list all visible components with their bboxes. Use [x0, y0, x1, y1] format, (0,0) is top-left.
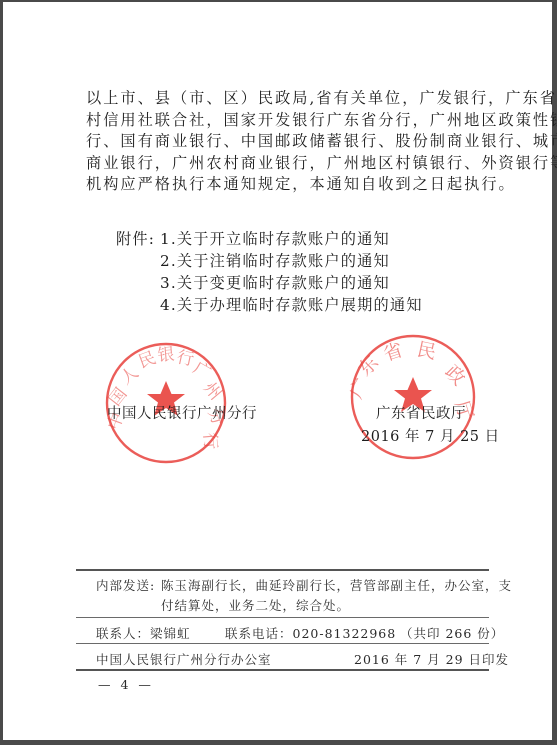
- footer-bottom-rule: [76, 669, 489, 671]
- footer-rule: [76, 643, 489, 644]
- body-line: 机构应严格执行本通知规定，本通知自收到之日起执行。: [86, 174, 516, 196]
- svg-text:行: 行: [199, 432, 220, 451]
- body-line: 村信用社联合社，国家开发银行广东省分行，广州地区政策性银: [86, 110, 557, 132]
- page-number: — 4 —: [98, 677, 154, 692]
- left-signature-org: 中国人民银行广州分行: [107, 402, 257, 423]
- body-line: 行、国有商业银行、中国邮政储蓄银行、股份制商业银行、城市: [86, 131, 557, 153]
- signature-date: 2016 年 7 月 25 日: [361, 425, 500, 446]
- contact-person: 联系人：梁锦虹: [96, 624, 191, 642]
- copies-count: （共印 266 份）: [400, 624, 504, 642]
- internal-distribution-line: 付结算处，业务二处，综合处。: [161, 596, 350, 614]
- contact-phone: 联系电话：020-81322968: [225, 624, 396, 642]
- svg-text:民: 民: [415, 338, 438, 363]
- body-line: 以上市、县（市、区）民政局,省有关单位，广发银行，广东省农: [86, 88, 557, 110]
- footer-rule: [76, 617, 489, 618]
- attachment-item: 1.关于开立临时存款账户的通知: [160, 228, 390, 249]
- issue-date: 2016 年 7 月 29 日印发: [354, 650, 509, 668]
- internal-distribution-line: 陈玉海副行长，曲延玲副行长，营管部副主任，办公室，支: [161, 576, 512, 594]
- svg-text:民: 民: [136, 348, 159, 373]
- right-signature-org: 广东省民政厅: [376, 402, 466, 423]
- svg-text:银: 银: [157, 345, 176, 366]
- svg-text:行: 行: [175, 347, 196, 370]
- issuing-office: 中国人民银行广州分行办公室: [96, 650, 272, 668]
- attachment-item: 3.关于变更临时存款账户的通知: [160, 272, 390, 293]
- body-line: 商业银行，广州农村商业银行，广州地区村镇银行、外资银行等: [86, 153, 557, 175]
- footer-top-rule: [76, 569, 489, 571]
- attachment-item: 2.关于注销临时存款账户的通知: [160, 250, 390, 271]
- attachments-label: 附件:: [116, 228, 155, 249]
- svg-text:省: 省: [381, 339, 406, 366]
- svg-text:东: 东: [354, 352, 383, 381]
- internal-distribution-label: 内部发送:: [96, 576, 155, 594]
- attachment-item: 4.关于办理临时存款账户展期的通知: [160, 294, 423, 315]
- document-page: 以上市、县（市、区）民政局,省有关单位，广发银行，广东省农 村信用社联合社，国家…: [3, 2, 552, 740]
